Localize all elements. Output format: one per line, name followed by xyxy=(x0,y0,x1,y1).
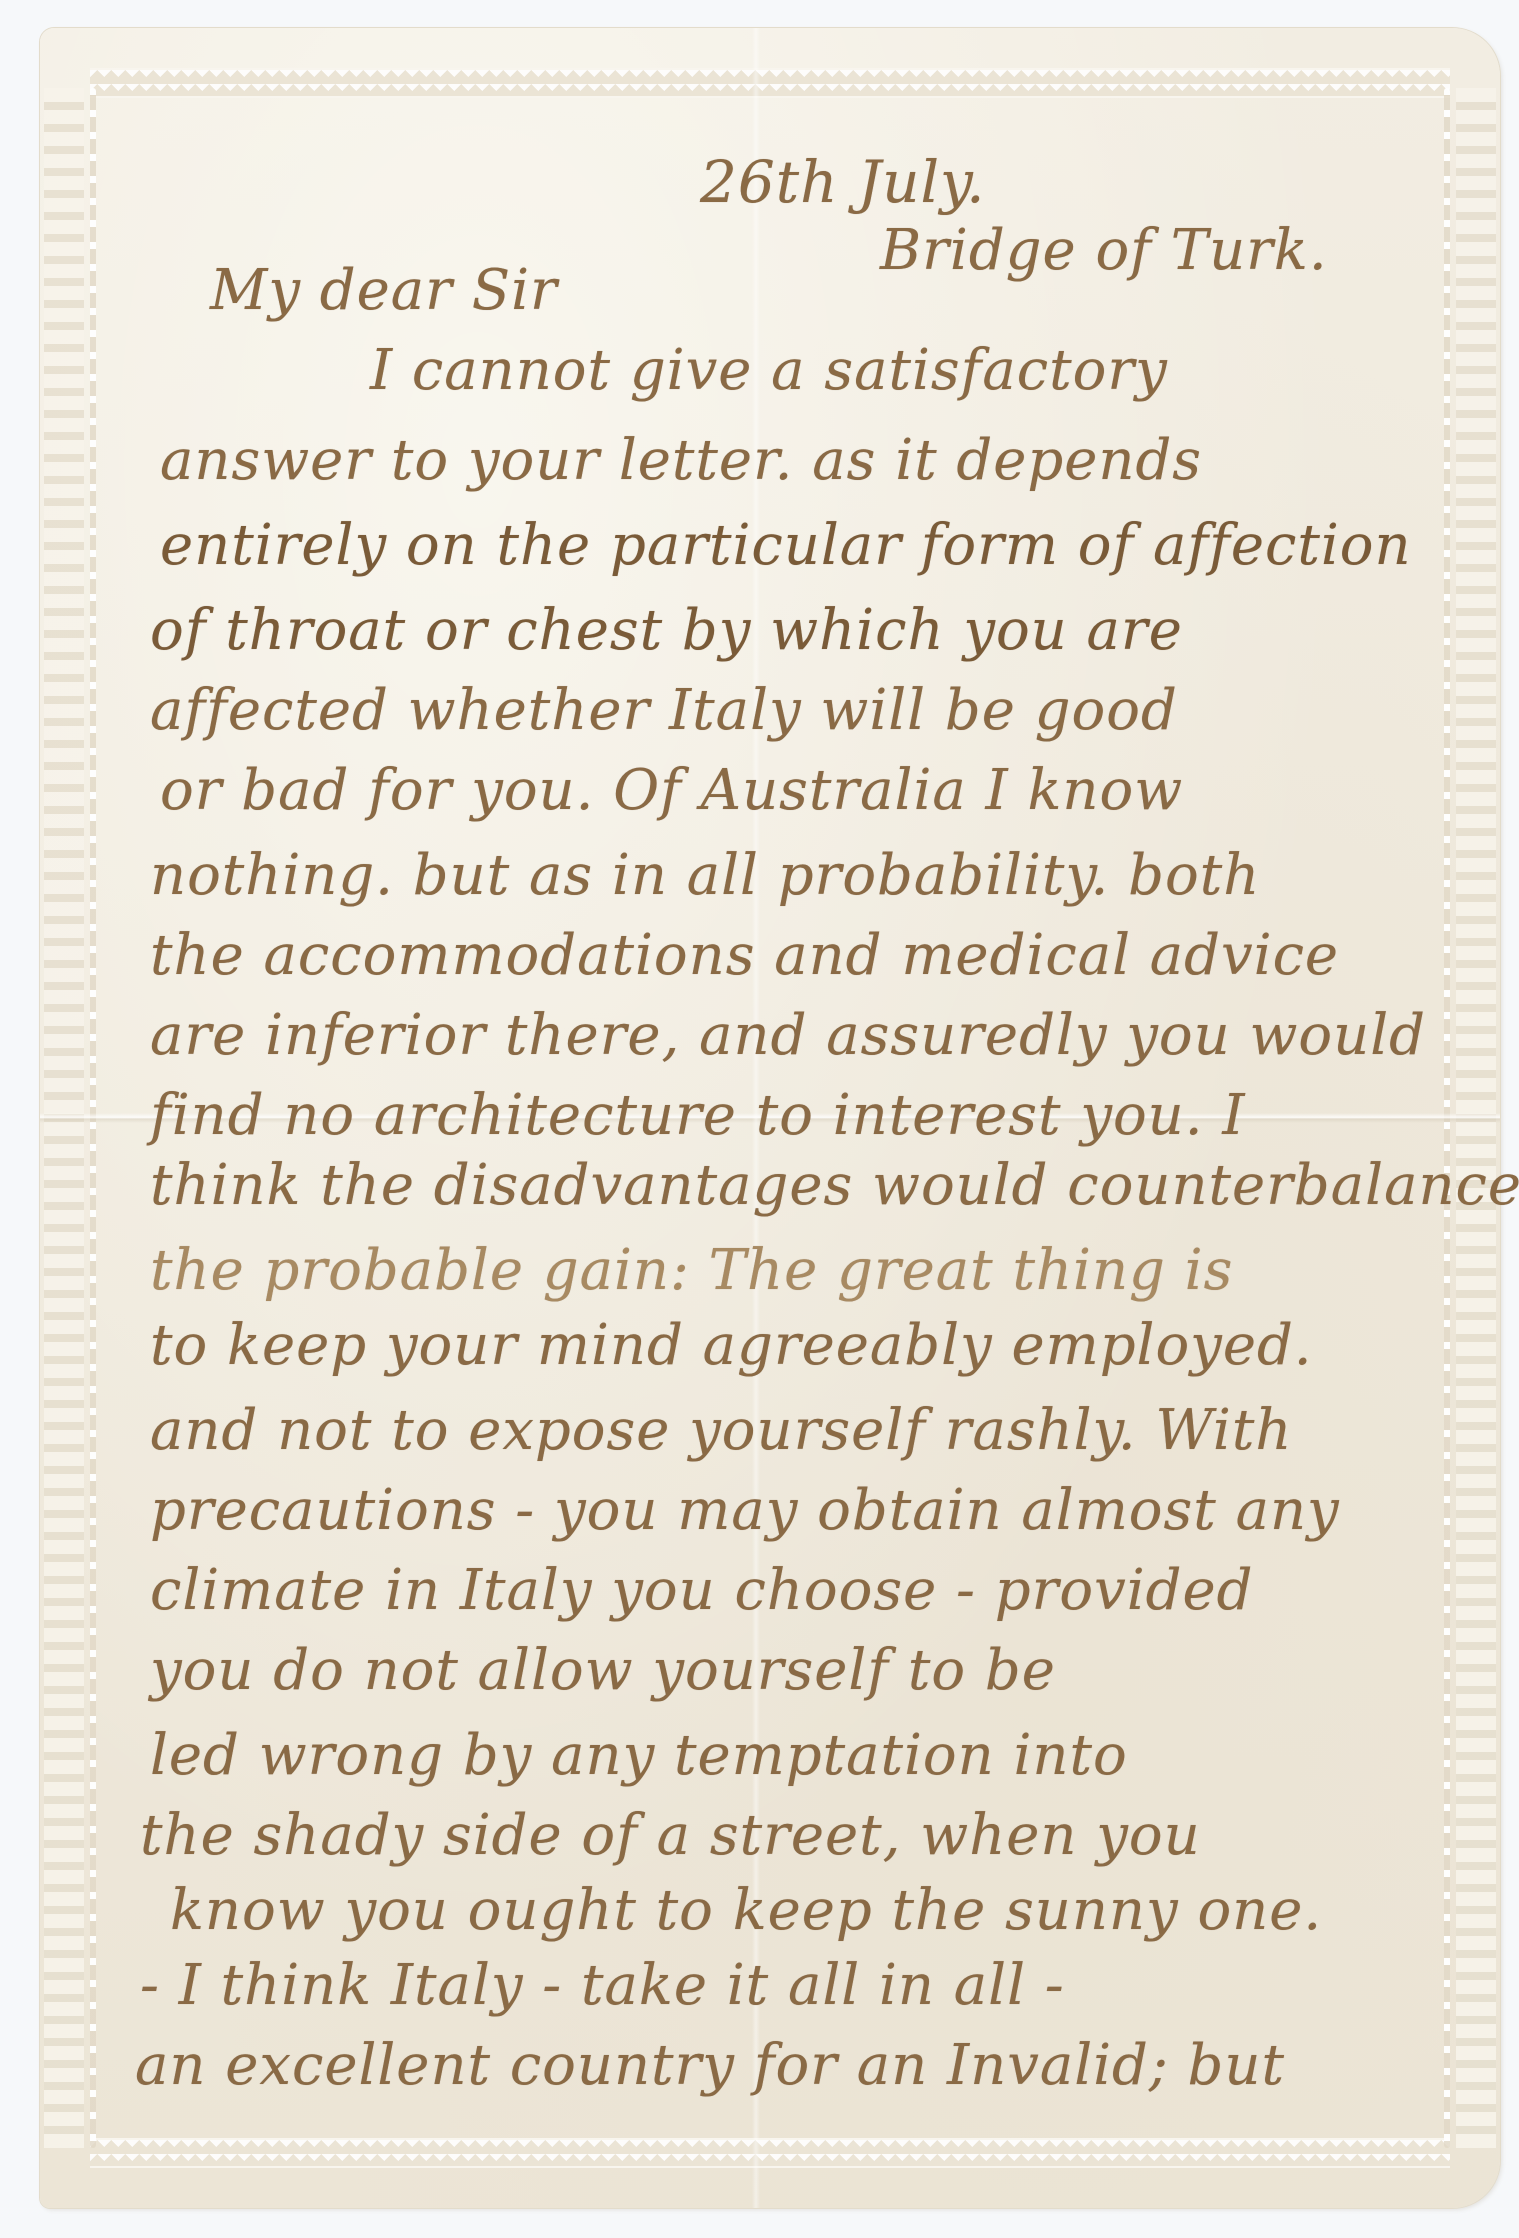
body-line: answer to your letter. as it depends xyxy=(160,433,1202,489)
body-line: the probable gain: The great thing is xyxy=(150,1243,1233,1299)
body-line: affected whether Italy will be good xyxy=(150,683,1178,739)
letter-date: 26th July. xyxy=(700,153,986,211)
letter-place: Bridge of Turk. xyxy=(880,223,1328,279)
body-line: climate in Italy you choose - provided xyxy=(150,1563,1253,1619)
body-line: the accommodations and medical advice xyxy=(150,928,1339,984)
body-line: led wrong by any temptation into xyxy=(150,1728,1128,1784)
body-line: and not to expose yourself rashly. With xyxy=(150,1403,1292,1459)
body-line: the shady side of a street, when you xyxy=(140,1808,1201,1864)
letter-page: 26th July. Bridge of Turk. My dear Sir I… xyxy=(40,28,1500,2208)
body-line: or bad for you. Of Australia I know xyxy=(160,763,1183,819)
body-line: think the disadvantages would counterbal… xyxy=(150,1158,1519,1214)
body-line: entirely on the particular form of affec… xyxy=(160,518,1412,574)
body-line: precautions - you may obtain almost any xyxy=(150,1483,1340,1539)
body-line: an excellent country for an Invalid; but xyxy=(135,2038,1285,2094)
body-line: you do not allow yourself to be xyxy=(150,1643,1056,1699)
body-line: find no architecture to interest you. I xyxy=(150,1088,1245,1144)
body-line: - I think Italy - take it all in all - xyxy=(140,1958,1065,2014)
letter-text: 26th July. Bridge of Turk. My dear Sir I… xyxy=(40,28,1500,2208)
letter-salutation: My dear Sir xyxy=(210,263,558,319)
body-line: are inferior there, and assuredly you wo… xyxy=(150,1008,1426,1064)
body-line: of throat or chest by which you are xyxy=(150,603,1183,659)
body-line: nothing. but as in all probability. both xyxy=(150,848,1260,904)
body-line: I cannot give a satisfactory xyxy=(370,343,1168,399)
body-line: to keep your mind agreeably employed. xyxy=(150,1318,1313,1374)
body-line: know you ought to keep the sunny one. xyxy=(170,1883,1322,1939)
